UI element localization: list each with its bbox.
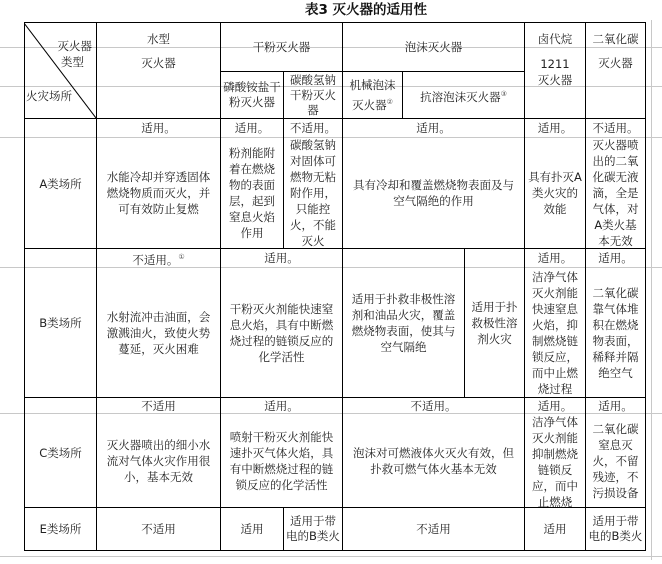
row-a-dry2-desc: 碳酸氢钠对固体可燃物无粘附作用，只能控火，不能灭火 [284,138,342,248]
row-e-water: 不适用 [97,508,220,550]
header-dry-powder-ammonium: 磷酸铵盐干粉灭火器 [221,72,283,118]
row-b-water-desc: 水射流冲击油面，会激溅油火，致使火势蔓延，灭火困难 [97,268,220,397]
corner-label-extinguisher: 灭火器 [44,38,94,54]
row-c-foam-desc: 泡沫对可燃液体火灭火有效，但扑救可燃气体火基本无效 [343,414,524,507]
header-water-line1: 水型 [97,30,220,48]
row-a-dry1-desc: 粉剂能附着在燃烧物的表面层，起到窒息火焰作用 [221,138,283,248]
corner-label-place: 火灾场所 [24,88,84,104]
row-b-halon-desc: 洁净气体灭火剂能快速窒息火焰，抑制燃烧链锁反应，而中止燃烧过程 [525,268,585,397]
header-co2-line1: 二氧化碳 [586,30,645,48]
row-a-water-status: 适用。 [97,119,220,137]
row-c-dry-status: 适用。 [221,398,342,414]
header-halon-line2: 1211 [525,56,585,71]
row-b-halon-status: 适用。 [525,249,585,267]
row-a-co2-desc: 灭火器喷出的二氧化碳无液滴，全是气体，对A类火基本无效 [586,138,645,248]
header-dry-powder: 干粉灭火器 [221,23,342,71]
row-a-foam-desc: 具有冷却和覆盖燃烧物表面及与空气隔绝的作用 [343,138,524,248]
header-co2-line2: 灭火器 [586,55,645,71]
row-c-water-desc: 灭火器喷出的细小水流对气体火灾作用很小，基本无效 [97,414,220,507]
header-foam-mechanical: 机械泡沫灭火器② [343,72,402,118]
row-c-co2-status: 适用。 [586,398,645,414]
row-e-co2: 适用于带电的B类火 [586,508,645,550]
footnote-2: ② [387,98,393,106]
header-foam-antisolvent: 抗溶泡沫灭火器③ [403,72,524,118]
footnote-3: ③ [501,90,507,98]
row-b-dry-status: 适用。 [221,249,342,267]
row-a-co2-status: 不适用。 [586,119,645,137]
row-a-halon-status: 适用。 [525,119,585,137]
row-b-place: B类场所 [25,249,96,397]
row-e-halon: 适用 [525,508,585,550]
row-b-co2-desc: 二氧化碳靠气体堆积在燃烧物表面，稀释并隔绝空气 [586,268,645,397]
row-c-halon-status: 适用。 [525,398,585,414]
row-a-place: A类场所 [25,119,96,248]
row-e-foam: 不适用 [343,508,524,550]
row-b-co2-status: 适用。 [586,249,645,267]
row-b-water-status: 不适用。① [97,249,220,267]
row-c-co2-desc: 二氧化碳窒息灭火，不留残迹，不污损设备 [586,414,645,507]
row-c-place: C类场所 [25,398,96,507]
row-b-foam2-desc: 适用于扑救极性溶剂火灾 [465,249,524,397]
row-a-water-desc: 水能冷却并穿透固体燃烧物质而灭火，并可有效防止复燃 [97,138,220,248]
row-a-foam-status: 适用。 [343,119,524,137]
row-a-halon-desc: 具有扑灭A类火灾的效能 [525,138,585,248]
header-foam: 泡沫灭火器 [343,23,524,71]
row-a-dry1-status: 适用。 [221,119,283,137]
row-b-dry-desc: 干粉灭火剂能快速窒息火焰，具有中断燃烧过程的链锁反应的化学活性 [221,268,342,397]
row-c-water-status: 不适用 [97,398,220,414]
header-halon-line3: 灭火器 [525,72,585,88]
row-a-dry2-status: 不适用。 [284,119,342,137]
row-c-halon-desc: 洁净气体灭火剂能抑制燃烧链锁反应，而中止燃烧 [525,414,585,507]
header-dry-powder-bicarbonate: 碳酸氢钠干粉灭火器 [284,72,342,118]
header-water-line2: 灭火器 [97,55,220,71]
row-e-dry2: 适用于带电的B类火 [284,508,342,550]
header-halon-line1: 卤代烷 [525,30,585,48]
footnote-1: ① [178,253,184,261]
corner-label-type: 类型 [54,54,94,70]
row-b-foam1-desc: 适用于扑救非极性溶剂和油品火灾，覆盖燃烧物表面，使其与空气隔绝 [343,249,464,397]
row-e-place: E类场所 [25,508,96,550]
row-e-dry1: 适用 [221,508,283,550]
row-c-dry-desc: 喷射干粉灭火剂能快速扑灭气体火焰，具有中断燃烧过程的链锁反应的化学活性 [221,414,342,507]
row-c-foam-status: 不适用。 [343,398,524,414]
table-title: 表3 灭火器的适用性 [0,0,662,20]
